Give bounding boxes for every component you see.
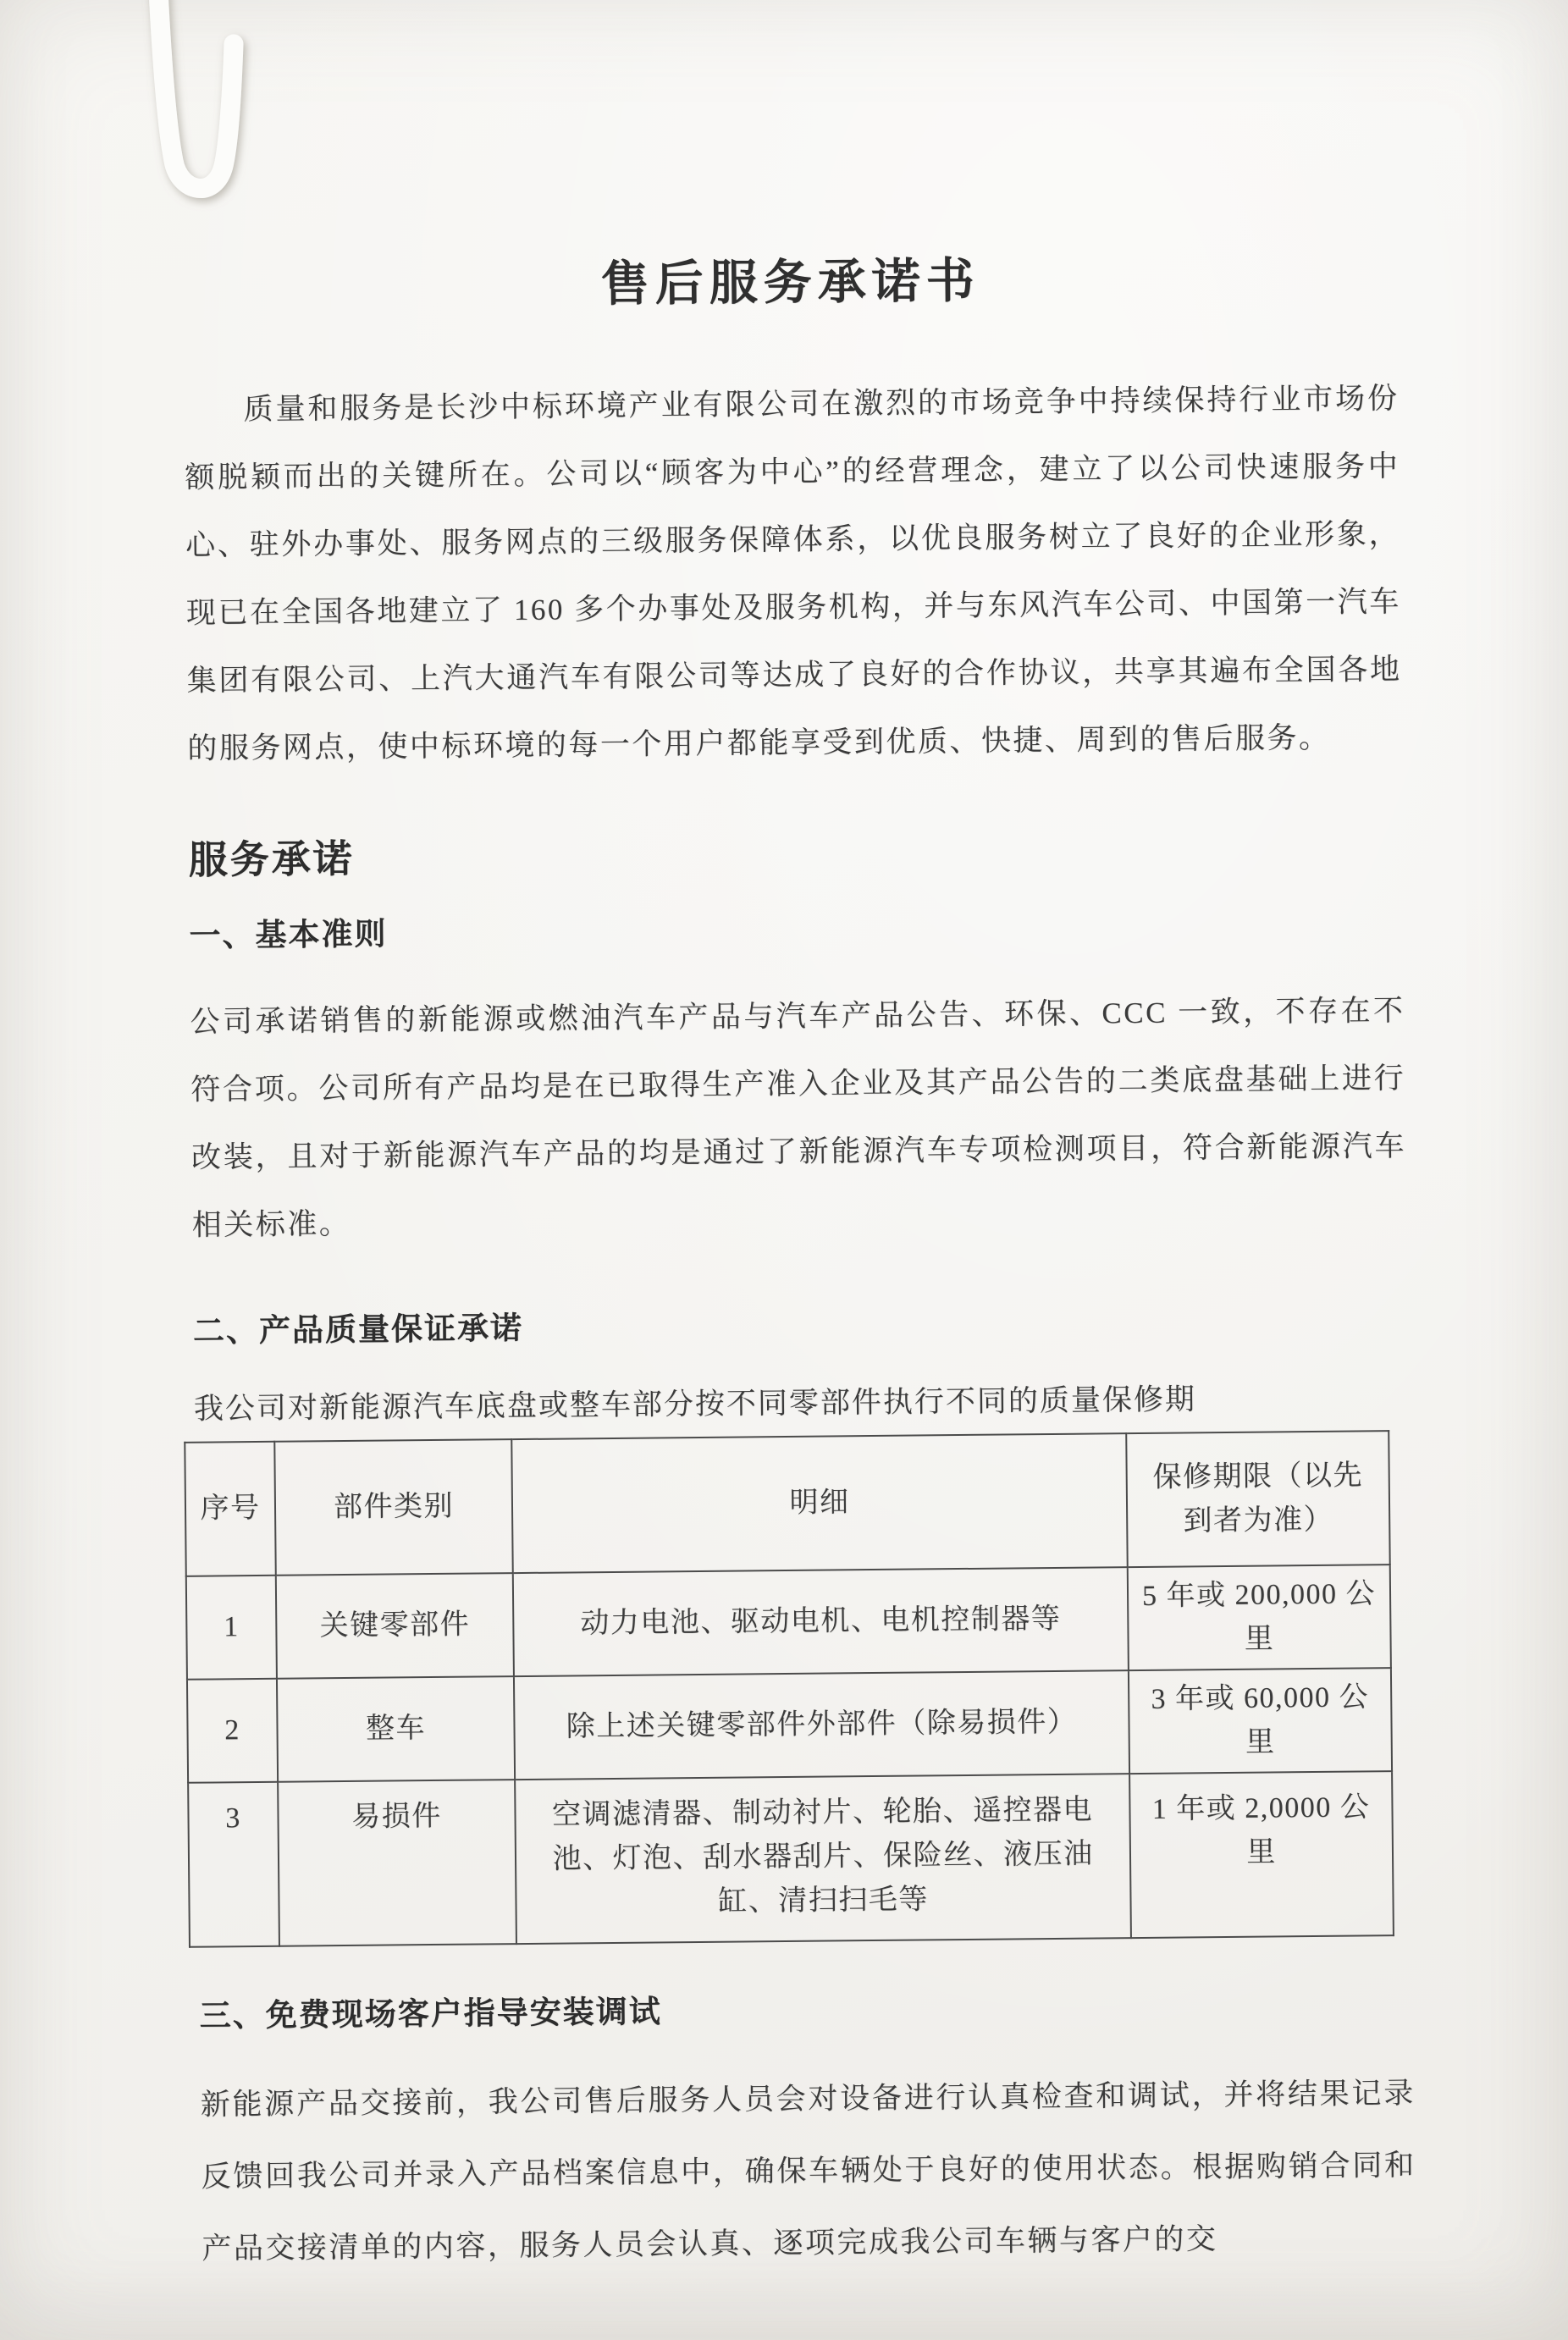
basic-rules-paragraph: 公司承诺销售的新能源或燃油汽车产品与汽车产品公告、环保、CCC 一致，不存在不符… (190, 977, 1407, 1260)
paperclip (95, 0, 332, 256)
header-cell-category: 部件类别 (274, 1439, 513, 1576)
cell-seq: 3 (188, 1782, 279, 1947)
cell-detail: 除上述关键零部件外部件（除易损件） (514, 1670, 1129, 1780)
cell-seq: 2 (187, 1679, 278, 1783)
section-heading-service-commitment: 服务承诺 (188, 824, 1403, 885)
cell-category: 关键零部件 (276, 1573, 514, 1679)
cell-detail: 空调滤清器、制动衬片、轮胎、遥控器电池、灯泡、刮水器刮片、保险丝、液压油缸、清扫… (515, 1774, 1131, 1944)
intro-paragraph: 质量和服务是长沙中标环境产业有限公司在激烈的市场竞争中持续保持行业市场份额脱颖而… (184, 365, 1403, 783)
scanned-page: 售后服务承诺书 质量和服务是长沙中标环境产业有限公司在激烈的市场竞争中持续保持行… (0, 0, 1568, 2340)
header-cell-detail: 明细 (511, 1433, 1127, 1573)
cell-seq: 1 (186, 1576, 277, 1680)
cell-category: 易损件 (278, 1780, 516, 1946)
table-row: 2 整车 除上述关键零部件外部件（除易损件） 3 年或 60,000 公里 (187, 1668, 1392, 1783)
document-title: 售后服务承诺书 (183, 246, 1399, 319)
install-paragraph: 新能源产品交接前，我公司售后服务人员会对设备进行认真检查和调试，并将结果记录反馈… (200, 2057, 1416, 2285)
header-cell-seq: 序号 (185, 1442, 276, 1576)
cell-detail: 动力电池、驱动电机、电机控制器等 (513, 1567, 1129, 1676)
cell-period: 3 年或 60,000 公里 (1129, 1668, 1392, 1774)
warranty-lead-sentence: 我公司对新能源汽车底盘或整车部分按不同零部件执行不同的质量保修期 (194, 1372, 1410, 1435)
table-header-row: 序号 部件类别 明细 保修期限（以先到者为准） (185, 1431, 1389, 1576)
subsection-heading-quality-warranty: 二、产品质量保证承诺 (193, 1299, 1408, 1353)
document-body: 售后服务承诺书 质量和服务是长沙中标环境产业有限公司在激烈的市场竞争中持续保持行… (0, 245, 1568, 2287)
cell-category: 整车 (277, 1676, 515, 1782)
table-row: 3 易损件 空调滤清器、制动衬片、轮胎、遥控器电池、灯泡、刮水器刮片、保险丝、液… (188, 1771, 1394, 1947)
cell-period: 1 年或 2,0000 公里 (1129, 1771, 1394, 1938)
subsection-heading-free-install-guidance: 三、免费现场客户指导安装调试 (200, 1984, 1415, 2038)
subsection-heading-basic-rules: 一、基本准则 (189, 903, 1404, 958)
cell-period: 5 年或 200,000 公里 (1128, 1565, 1391, 1670)
header-cell-period: 保修期限（以先到者为准） (1126, 1431, 1390, 1567)
warranty-table-header: 序号 部件类别 明细 保修期限（以先到者为准） (185, 1431, 1389, 1576)
table-row: 1 关键零部件 动力电池、驱动电机、电机控制器等 5 年或 200,000 公里 (186, 1565, 1391, 1680)
warranty-table: 序号 部件类别 明细 保修期限（以先到者为准） 1 关键零部件 动力电池、驱动电… (184, 1430, 1394, 1948)
